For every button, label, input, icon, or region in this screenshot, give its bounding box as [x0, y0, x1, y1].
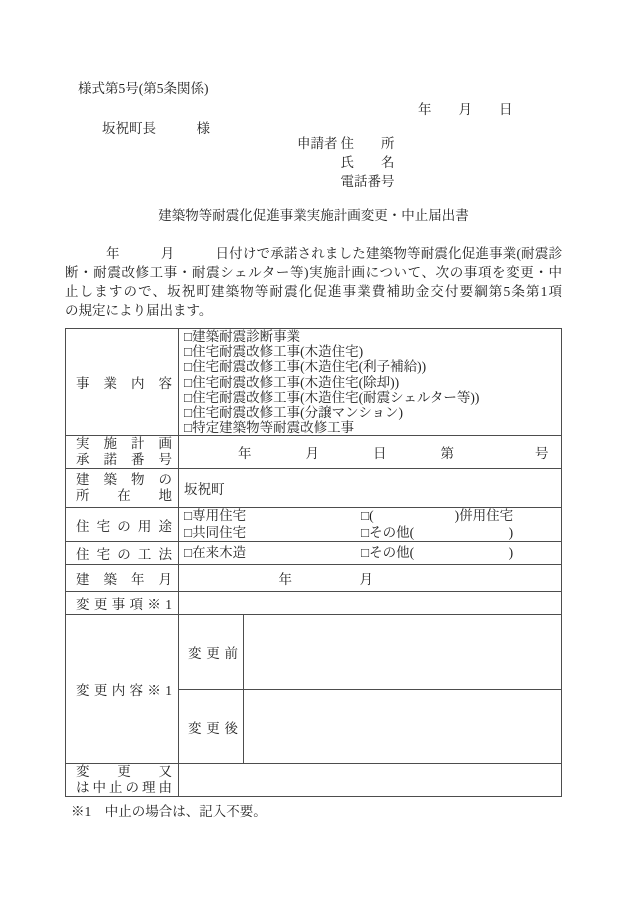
row-label-change-details: 変更内容※1	[66, 615, 179, 764]
row-built-date: 建築年月 年 月	[66, 565, 562, 592]
label-line: 建築物の	[76, 472, 172, 488]
change-before-label: 変更前	[179, 615, 244, 690]
project-content-options: □建築耐震診断事業 □住宅耐震改修工事(木造住宅) □住宅耐震改修工事(木造住宅…	[179, 329, 562, 436]
applicant-fields: 住 所 氏 名 電話番号	[341, 134, 395, 191]
option-label: 住宅耐震改修工事(木造住宅(除却))	[192, 375, 399, 390]
form-table: 事業内容 □建築耐震診断事業 □住宅耐震改修工事(木造住宅) □住宅耐震改修工事…	[65, 328, 562, 797]
document-title: 建築物等耐震化促進事業実施計画変更・中止届出書	[65, 204, 562, 224]
checkbox-option: □住宅耐震改修工事(分譲マンション)	[184, 405, 557, 420]
house-use-options: □専用住宅 □( )併用住宅 □共同住宅 □その他( )	[179, 508, 562, 542]
applicant-field-name: 氏 名	[341, 153, 395, 172]
option-label: 住宅耐震改修工事(木造住宅(耐震シェルター等))	[192, 390, 479, 405]
checkbox-option-row: □在来木造 □その他( )	[184, 545, 557, 562]
row-approval-number: 実施計画 承諾番号 年 月 日 第 号	[66, 436, 562, 469]
change-items-value	[179, 592, 562, 615]
row-house-method: 住宅の工法 □在来木造 □その他( )	[66, 542, 562, 565]
checkbox-unchecked-icon: □	[361, 545, 369, 560]
label-line: 承諾番号	[76, 452, 172, 468]
option-label: ( )併用住宅	[369, 508, 513, 523]
row-change-details-before: 変更内容※1 変更前	[66, 615, 562, 690]
built-date-value: 年 月	[179, 565, 562, 592]
row-building-location: 建築物の 所在地 坂祝町	[66, 469, 562, 508]
row-reason: 変更又 は中止の理由	[66, 764, 562, 797]
checkbox-option-row: □専用住宅 □( )併用住宅	[184, 508, 557, 525]
option-label: 建築耐震診断事業	[192, 329, 300, 344]
checkbox-unchecked-icon: □	[184, 344, 192, 359]
footnote: ※1 中止の場合は、記入不要。	[71, 800, 267, 820]
checkbox-option: □住宅耐震改修工事(木造住宅(利子補給))	[184, 359, 557, 374]
addressee: 坂祝町長 様	[102, 117, 210, 137]
checkbox-unchecked-icon: □	[184, 375, 192, 390]
change-before-value	[244, 615, 562, 690]
checkbox-unchecked-icon: □	[184, 545, 192, 560]
row-label-project-content: 事業内容	[66, 329, 179, 436]
row-label-house-method: 住宅の工法	[66, 542, 179, 565]
checkbox-option: □住宅耐震改修工事(木造住宅(除却))	[184, 375, 557, 390]
body-paragraph: 年 月 日付けで承諾されました建築物等耐震化促進事業(耐震診 断・耐震改修工事・…	[65, 244, 562, 320]
checkbox-option: □住宅耐震改修工事(木造住宅(耐震シェルター等))	[184, 390, 557, 405]
row-change-items: 変更事項※1	[66, 592, 562, 615]
checkbox-option-row: □共同住宅 □その他( )	[184, 525, 557, 542]
applicant-block: 申請者 住 所 氏 名 電話番号	[297, 134, 395, 191]
building-location-value: 坂祝町	[179, 469, 562, 508]
option-label: 専用住宅	[192, 508, 246, 523]
applicant-label: 申請者	[297, 134, 338, 191]
option-label: 住宅耐震改修工事(分譲マンション)	[192, 405, 403, 420]
applicant-field-phone: 電話番号	[341, 172, 395, 191]
option-label: 住宅耐震改修工事(木造住宅)	[192, 344, 363, 359]
option-label: その他( )	[369, 545, 513, 560]
document-page: { "colors": { "background": "#ffffff", "…	[0, 0, 630, 903]
option-label: 特定建築物等耐震改修工事	[192, 420, 354, 435]
row-label-approval-number: 実施計画 承諾番号	[66, 436, 179, 469]
body-line: 年 月 日付けで承諾されました建築物等耐震化促進事業(耐震診	[65, 244, 562, 263]
house-method-options: □在来木造 □その他( )	[179, 542, 562, 565]
label-line: 所在地	[76, 488, 172, 504]
row-label-built-date: 建築年月	[66, 565, 179, 592]
checkbox-unchecked-icon: □	[361, 508, 369, 523]
checkbox-option: □建築耐震診断事業	[184, 329, 557, 344]
row-label-change-items: 変更事項※1	[66, 592, 179, 615]
label-line: 実施計画	[76, 436, 172, 452]
checkbox-unchecked-icon: □	[361, 525, 369, 540]
applicant-field-address: 住 所	[341, 134, 395, 153]
row-label-reason: 変更又 は中止の理由	[66, 764, 179, 797]
checkbox-unchecked-icon: □	[184, 390, 192, 405]
change-after-value	[244, 690, 562, 764]
row-label-house-use: 住宅の用途	[66, 508, 179, 542]
option-label: 共同住宅	[192, 525, 246, 540]
checkbox-unchecked-icon: □	[184, 420, 192, 435]
body-line: 断・耐震改修工事・耐震シェルター等)実施計画について、次の事項を変更・中	[65, 263, 562, 282]
body-line: の規定により届出ます。	[65, 301, 562, 320]
option-label: 在来木造	[192, 545, 246, 560]
row-house-use: 住宅の用途 □専用住宅 □( )併用住宅 □共同住宅 □その他( )	[66, 508, 562, 542]
label-line: は中止の理由	[76, 780, 172, 796]
label-line: 変更又	[76, 764, 172, 780]
checkbox-unchecked-icon: □	[184, 508, 192, 523]
checkbox-option: □住宅耐震改修工事(木造住宅)	[184, 344, 557, 359]
form-number: 様式第5号(第5条関係)	[78, 77, 209, 97]
option-label: 住宅耐震改修工事(木造住宅(利子補給))	[192, 359, 426, 374]
change-after-label: 変更後	[179, 690, 244, 764]
approval-number-value: 年 月 日 第 号	[179, 436, 562, 469]
date-line: 年 月 日	[418, 98, 513, 118]
row-project-content: 事業内容 □建築耐震診断事業 □住宅耐震改修工事(木造住宅) □住宅耐震改修工事…	[66, 329, 562, 436]
option-label: その他( )	[369, 525, 513, 540]
checkbox-option: □特定建築物等耐震改修工事	[184, 420, 557, 435]
reason-value	[179, 764, 562, 797]
checkbox-unchecked-icon: □	[184, 329, 192, 344]
row-label-building-location: 建築物の 所在地	[66, 469, 179, 508]
checkbox-unchecked-icon: □	[184, 525, 192, 540]
checkbox-unchecked-icon: □	[184, 359, 192, 374]
checkbox-unchecked-icon: □	[184, 405, 192, 420]
body-line: 止しますので、坂祝町建築物等耐震化促進事業費補助金交付要綱第5条第1項	[65, 282, 562, 301]
